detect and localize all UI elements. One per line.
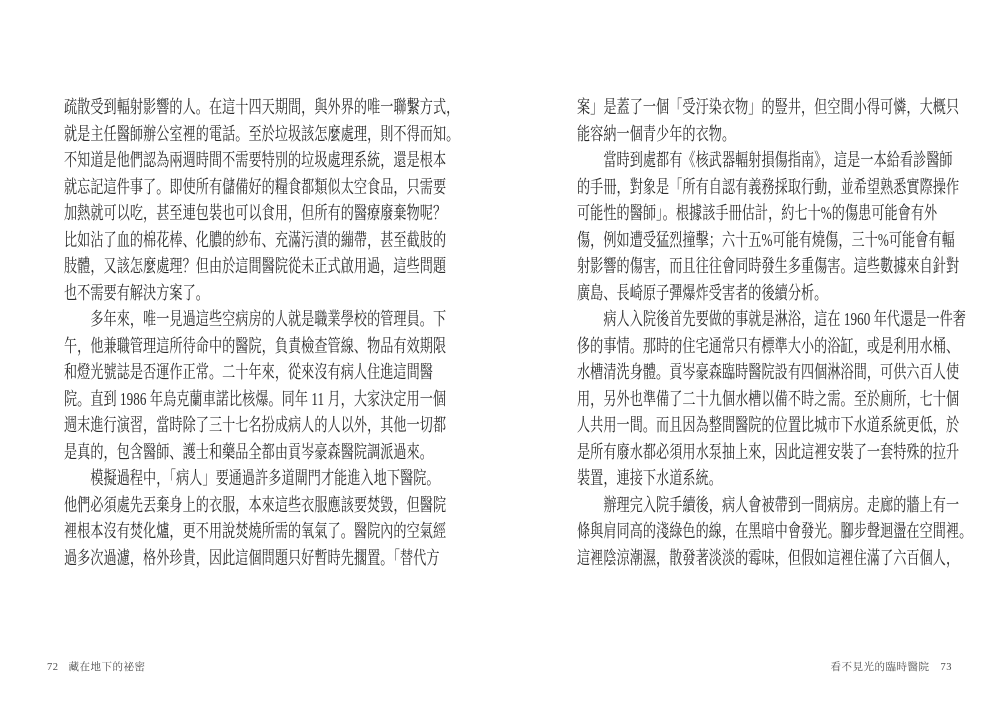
text-line: 午，他兼職管理這所待命中的醫院，負責檢查管線、物品有效期限 xyxy=(64,333,461,360)
text-line: 多年來，唯一見過這些空病房的人就是職業學校的管理員。下 xyxy=(64,306,461,333)
book-spread: 疏散受到輻射影響的人。在這十四天期間，與外界的唯一聯繫方式，就是主任醫師辦公室裡… xyxy=(0,0,1000,706)
text-line: 廣島、長崎原子彈爆炸受害者的後續分析。 xyxy=(577,280,974,307)
text-line: 就忘記這件事了。即使所有儲備好的糧食都類似太空食品，只需要 xyxy=(64,174,461,201)
left-page-number: 72 xyxy=(47,662,59,673)
right-running-title: 看不見光的臨時醫院 xyxy=(831,659,930,674)
text-line: 就是主任醫師辦公室裡的電話。至於垃圾該怎麼處理，則不得而知。 xyxy=(64,121,461,148)
text-line: 過多次過濾，格外珍貴，因此這個問題只好暫時先擱置。「替代方 xyxy=(64,545,461,572)
text-line: 能容納一個青少年的衣物。 xyxy=(577,121,974,148)
text-line: 水槽清洗身體。貢岑豪森臨時醫院設有四個淋浴間，可供六百人使 xyxy=(577,359,974,386)
text-line: 這裡陰涼潮濕，散發著淡淡的霉味，但假如這裡住滿了六百個人， xyxy=(577,545,974,572)
text-line: 裝置，連接下水道系統。 xyxy=(577,465,974,492)
text-line: 不知道是他們認為兩週時間不需要特別的垃圾處理系統，還是根本 xyxy=(64,147,461,174)
right-page-footer: 看不見光的臨時醫院 73 xyxy=(831,659,953,674)
text-line: 和燈光號誌是否運作正常。二十年來，從來沒有病人住進這間醫 xyxy=(64,359,461,386)
text-line: 裡根本沒有焚化爐，更不用說焚燒所需的氧氣了。醫院內的空氣經 xyxy=(64,518,461,545)
text-line: 病人入院後首先要做的事就是淋浴，這在 1960 年代還是一件奢 xyxy=(577,306,974,333)
text-line: 用，另外也準備了二十九個水槽以備不時之需。至於廁所，七十個 xyxy=(577,386,974,413)
text-line: 射影響的傷害，而且往往會同時發生多重傷害。這些數據來自針對 xyxy=(577,253,974,280)
text-line: 的手冊，對象是「所有自認有義務採取行動，並希望熟悉實際操作 xyxy=(577,174,974,201)
text-line: 疏散受到輻射影響的人。在這十四天期間，與外界的唯一聯繫方式， xyxy=(64,94,461,121)
text-line: 比如沾了血的棉花棒、化膿的紗布、充滿污漬的繃帶，甚至截肢的 xyxy=(64,227,461,254)
left-page-body-text: 疏散受到輻射影響的人。在這十四天期間，與外界的唯一聯繫方式，就是主任醫師辦公室裡… xyxy=(64,94,461,571)
left-running-title: 藏在地下的祕密 xyxy=(69,659,146,674)
text-line: 他們必須處先丟棄身上的衣服，本來這些衣服應該要焚毀，但醫院 xyxy=(64,492,461,519)
text-line: 院。直到 1986 年烏克蘭車諾比核爆。同年 11 月，大家決定用一個 xyxy=(64,386,461,413)
left-page-footer: 72 藏在地下的祕密 xyxy=(47,659,146,674)
left-page: 疏散受到輻射影響的人。在這十四天期間，與外界的唯一聯繫方式，就是主任醫師辦公室裡… xyxy=(0,0,500,706)
text-line: 加熱就可以吃，甚至連包裝也可以食用，但所有的醫療廢棄物呢？ xyxy=(64,200,461,227)
text-line: 傷，例如遭受猛烈撞擊；六十五%可能有燒傷，三十%可能會有輻 xyxy=(577,227,974,254)
text-line: 也不需要有解決方案了。 xyxy=(64,280,461,307)
text-line: 辦理完入院手續後，病人會被帶到一間病房。走廊的牆上有一 xyxy=(577,492,974,519)
right-page: 案」是蓋了一個「受汙染衣物」的豎井，但空間小得可憐，大概只能容納一個青少年的衣物… xyxy=(500,0,1000,706)
text-line: 侈的事情。那時的住宅通常只有標準大小的浴缸，或是利用水桶、 xyxy=(577,333,974,360)
right-page-body-text: 案」是蓋了一個「受汙染衣物」的豎井，但空間小得可憐，大概只能容納一個青少年的衣物… xyxy=(577,94,974,571)
text-line: 當時到處都有《核武器輻射損傷指南》，這是一本給看診醫師 xyxy=(577,147,974,174)
text-line: 肢體，又該怎麼處理？但由於這間醫院從未正式啟用過，這些問題 xyxy=(64,253,461,280)
text-line: 條與肩同高的淺綠色的線，在黑暗中會發光。腳步聲迴盪在空間裡。 xyxy=(577,518,974,545)
text-line: 模擬過程中，「病人」要通過許多道閘門才能進入地下醫院。 xyxy=(64,465,461,492)
text-line: 是真的，包含醫師、護士和藥品全都由貢岑豪森醫院調派過來。 xyxy=(64,439,461,466)
text-line: 是所有廢水都必須用水泵抽上來，因此這裡安裝了一套特殊的拉升 xyxy=(577,439,974,466)
text-line: 週末進行演習，當時除了三十七名扮成病人的人以外，其他一切都 xyxy=(64,412,461,439)
text-line: 可能性的醫師」。根據該手冊估計，約七十%的傷患可能會有外 xyxy=(577,200,974,227)
text-line: 人共用一間。而且因為整間醫院的位置比城市下水道系統更低，於 xyxy=(577,412,974,439)
right-page-number: 73 xyxy=(941,662,953,673)
text-line: 案」是蓋了一個「受汙染衣物」的豎井，但空間小得可憐，大概只 xyxy=(577,94,974,121)
